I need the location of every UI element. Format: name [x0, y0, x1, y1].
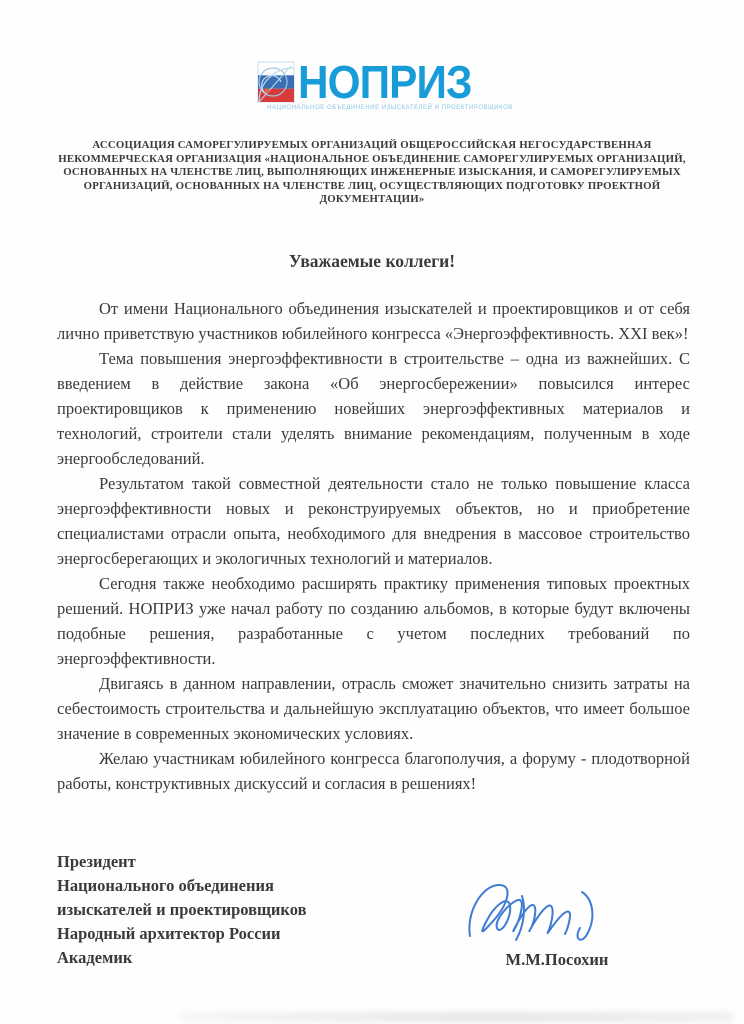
signature-block: Президент Национального объединения изыс… [57, 850, 684, 970]
signer-titles: Президент Национального объединения изыс… [57, 850, 306, 970]
letter-body: От имени Национального объединения изыск… [57, 296, 690, 796]
nopriz-flag-emblem-icon [257, 60, 295, 104]
nopriz-wordmark: НОПРИЗ [298, 60, 472, 104]
organization-name-header: АССОЦИАЦИЯ САМОРЕГУЛИРУЕМЫХ ОРГАНИЗАЦИЙ … [58, 139, 686, 207]
signature-autograph-icon [464, 878, 634, 956]
signer-title-line: Народный архитектор России [57, 922, 306, 946]
letter-paragraph: Сегодня также необходимо расширять практ… [57, 571, 690, 671]
signer-title-line: Национального объединения [57, 874, 306, 898]
scan-artifact-smudge [180, 1012, 734, 1022]
letter-paragraph: Желаю участникам юбилейного конгресса бл… [57, 746, 690, 796]
signature-right-column: М.М.Посохин [454, 878, 684, 970]
letter-paragraph: От имени Национального объединения изыск… [57, 296, 690, 346]
letter-paragraph: Тема повышения энергоэффективности в стр… [57, 346, 690, 471]
signer-title-line: Президент [57, 850, 306, 874]
letter-paragraph: Двигаясь в данном направлении, отрасль с… [57, 671, 690, 746]
letter-page: НОПРИЗ НАЦИОНАЛЬНОЕ ОБЪЕДИНЕНИЕ ИЗЫСКАТЕ… [0, 0, 744, 1024]
salutation: Уважаемые коллеги! [0, 251, 744, 272]
letter-paragraph: Результатом такой совместной деятельност… [57, 471, 690, 571]
signer-title-line: Академик [57, 946, 306, 970]
nopriz-logo: НОПРИЗ НАЦИОНАЛЬНОЕ ОБЪЕДИНЕНИЕ ИЗЫСКАТЕ… [0, 0, 744, 111]
signer-title-line: изыскателей и проектировщиков [57, 898, 306, 922]
signer-name: М.М.Посохин [506, 950, 609, 970]
